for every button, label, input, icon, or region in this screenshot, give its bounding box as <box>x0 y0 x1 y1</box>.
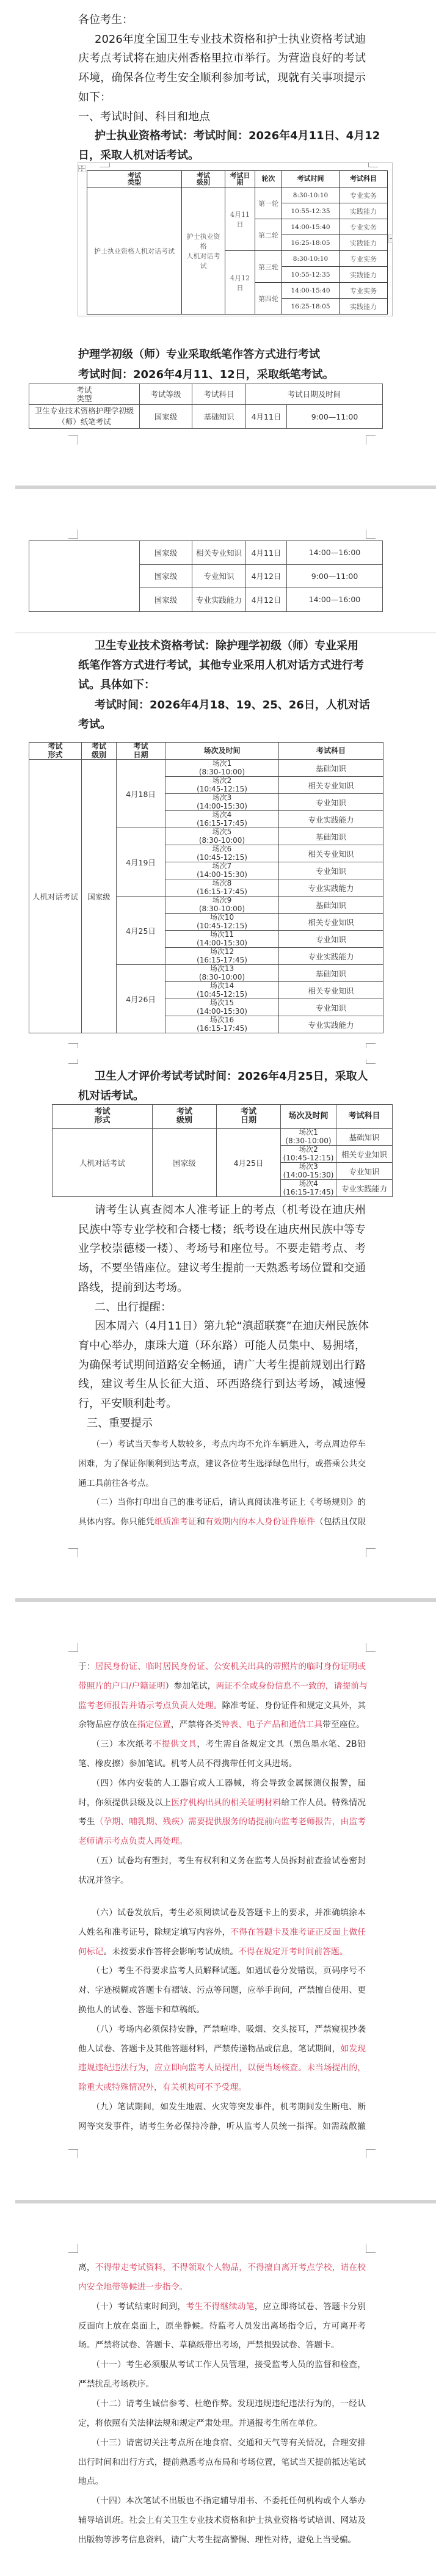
travel-line: 行，平安顺利赴考。 <box>78 1394 366 1414</box>
margin-corner-mark <box>366 2244 376 2253</box>
exam-subject-cell: 专业知识 <box>279 862 383 879</box>
exam-time-cell: 9:00—11:00 <box>287 564 383 588</box>
table-header-row: 考试 形式 考试 级别 考试 日期 场次及时间 考试科目 <box>53 1105 393 1129</box>
exam-subject-cell: 相关专业知识 <box>279 845 383 862</box>
tip-text: （十三）请密切关注考点所在地食宿、交通和天气等有关情况，合理安排 <box>92 2438 366 2448</box>
tip-line: 违规违纪违法行为，应立即向监考人员提出，以便当场核查。未当场提出的， <box>78 2059 366 2078</box>
venue-notice-line: 业学校崇德楼一楼）、考场号和座位号。不要走错考点、考 <box>78 1239 366 1259</box>
exam-time-cell: 9:00—11:00 <box>287 405 383 429</box>
tip-text: 严禁扰乱考场秩序。 <box>78 2379 154 2389</box>
tip-line: 通工具前往各考点。 <box>78 1474 366 1494</box>
tip-text: 他人试卷、答题卡及其他答题材料，严禁传递物品或信息，笔试期间， <box>78 2044 341 2054</box>
exam-time-cell: 10:55-12:35 <box>282 203 340 219</box>
tip-line: 对、字迹模糊或答题卡有褶皱、污点等问题，应举手询问，严禁擅自使用、更 <box>78 1981 366 2001</box>
session-cell: 场次4 (16:15-17:45) <box>281 1180 336 1197</box>
session-cell: 场次3 (14:00-15:30) <box>281 1163 336 1180</box>
venue-notice-line: 请考生认真查阅本人准考证上的考点（机考设在迪庆州 <box>78 1201 366 1220</box>
exam-type-cell: 卫生专业技术资格护理学初级（师）纸笔考试 <box>29 405 140 429</box>
tip-highlight: 居民身份证、临时居民身份证、公安机关出具的带照片的临时身份证明或 <box>95 1662 366 1672</box>
exam-time-cell: 14:00-15:40 <box>282 283 340 299</box>
exam-date-cell: 4月12日 <box>246 564 287 588</box>
header-exam-type: 考试 类型 <box>87 171 182 187</box>
round-cell: 第二轮 <box>255 219 282 251</box>
tip-text: （四）体内安装的人工器官或人工器械，将会导致金属探测仪报警，届 <box>92 1778 366 1788</box>
table-row: 人机对话考试 国家级 4月25日 场次1 (8:30-10:00) 基础知识 <box>53 1129 393 1146</box>
tip-text: （八）考场内必须保持安静，严禁喧哗、吸烟、交头接耳，严禁窥视抄袭 <box>92 2025 366 2034</box>
tip-line: （十三）请密切关注考点所在地食宿、交通和天气等有关情况，合理安排 <box>78 2434 366 2453</box>
tip-text: 具体内容。你只能凭 <box>78 1517 154 1527</box>
section-divider <box>15 632 436 633</box>
tip-text: 场。严禁将试卷、答题卡、草稿纸带出考场，严禁损毁试卷、答题卡。 <box>78 2340 340 2350</box>
exam-time-cell: 16:25-18:05 <box>282 299 340 315</box>
header-exam-form: 考试 形式 <box>29 743 82 760</box>
session-cell: 场次16 (16:15-17:45) <box>165 1016 279 1033</box>
notice-section: 请考生认真查阅本人准考证上的考点（机考设在迪庆州 民族中等专业学校和合楼七楼；纸… <box>78 1201 366 1433</box>
intro-line: 庆考点考试将在迪庆州香格里拉市举行。为营造良好的考试 <box>78 49 366 68</box>
exam-date-cell: 4月19日 <box>117 828 165 897</box>
table-header-row: 考试 类型 考试等级 考试科目 考试日期及时间 <box>29 384 383 405</box>
tip-line: 除重大或特殊情况外，有关机构可不予受理。 <box>78 2078 366 2098</box>
tip-highlight: 内安全地带等候进一步指令。 <box>78 2282 187 2292</box>
tip-highlight: 考生不得继续动笔 <box>186 2302 254 2312</box>
tip-text: 除准考证、身份证件和规定文具外，其 <box>222 1701 366 1711</box>
heading-line: 考试时间：2026年4月18、19、25、26日，人机对话 <box>78 696 366 715</box>
exam-subject-cell: 专业知识 <box>336 1163 393 1180</box>
round-cell: 第三轮 <box>255 251 282 283</box>
tip-text: 困难，为了保证你顺利到达考点，建议各位考生选择绿色出行，或搭乘公共交 <box>78 1459 366 1469</box>
tip-text: 。未按要求作答将会影响考试成绩。 <box>103 1947 238 1957</box>
exam-form-cell: 人机对话考试 <box>29 760 82 1033</box>
tip-highlight: 不提供文具 <box>153 1739 197 1749</box>
tip-text: 辅导培训班。社会上有关卫生专业技术资格和护士执业资格考试培训、网站及 <box>78 2516 366 2525</box>
tech-qualification-table: 考试 形式 考试 级别 考试 日期 场次及时间 考试科目 人机对话考试 国家级 … <box>29 742 383 1033</box>
tip-highlight: 带照片的户口/户籍证明 <box>78 1681 165 1691</box>
tip-text: ，考生需自备规定文具（黑色墨水笔、2B铅 <box>197 1739 366 1749</box>
exam-date-cell: 4月11日 <box>246 541 287 565</box>
margin-corner-mark <box>366 529 376 539</box>
session-cell: 场次2 (10:45-12:15) <box>281 1146 336 1163</box>
venue-notice-line: 民族中等专业学校和合楼七楼；纸考设在迪庆州民族中等专 <box>78 1220 366 1240</box>
exam-level-cell: 国家级 <box>140 564 192 588</box>
venue-notice-line: 场，不要坐错座位。建议考生提前一天熟悉考场位置和交通 <box>78 1259 366 1278</box>
exam-level-cell: 国家级 <box>153 1129 217 1197</box>
tip-text: （五）试卷均有塑封，考生有权利和义务在监考人员拆封前查验试卷密封 <box>92 1856 366 1866</box>
tip-line: （二）当你打印出自己的准考证后，请认真阅读准考证上《考场规则》的 <box>78 1493 366 1513</box>
round-cell: 第一轮 <box>255 187 282 219</box>
important-tips-block: 于：居民身份证、临时居民身份证、公安机关出具的带照片的临时身份证明或 带照片的户… <box>78 1657 366 1891</box>
exam-subject-cell: 专业实务 <box>340 283 388 299</box>
table-row: 国家级 相关专业知识 4月11日 14:00—16:00 <box>29 541 383 565</box>
tip-line: （七）考生不得要求监考人员解释试题。如遇试卷分发错误，页码序号不 <box>78 1962 366 1981</box>
exam-date-cell: 4月12日 <box>246 588 287 612</box>
page-break-gap <box>15 2200 436 2203</box>
section-title-important: 三、重要提示 <box>78 1414 366 1433</box>
tip-line: （十二）请考生诚信参考、杜绝作弊。发现违规违纪违法行为的，一经认 <box>78 2395 366 2414</box>
session-cell: 场次5 (8:30-10:00) <box>165 828 279 845</box>
margin-corner-mark <box>68 1643 78 1652</box>
exam-subject-cell: 专业实践能力 <box>279 811 383 828</box>
nurse-exam-heading: 护士执业资格考试：考试时间：2026年4月11日、4月12 <box>78 126 366 146</box>
nursing-paper-table-continued: 国家级 相关专业知识 4月11日 14:00—16:00 国家级 专业知识 4月… <box>29 540 383 612</box>
tip-text: （三）本次纸考 <box>92 1739 153 1749</box>
margin-corner-mark <box>100 162 110 167</box>
tip-text: （十四）本次笔试不出版也不指定辅导用书、不委托任何机构或个人举办 <box>92 2496 366 2506</box>
tip-highlight: 不得带走考试资料，不得领取个人物品，不得擅自离开考点学校，请在校 <box>95 2263 366 2272</box>
tip-text: 定，将依照有关法律法规和规定严肃处理。并通报考生所在单位。 <box>78 2418 322 2428</box>
exam-time-cell: 8:30-10:10 <box>282 251 340 267</box>
tip-text: 地点。 <box>78 2476 103 2486</box>
header-exam-date: 考试 日期 <box>217 1105 281 1129</box>
margin-corner-mark <box>68 1548 78 1557</box>
heading-line: 考试。 <box>78 715 366 735</box>
tip-text: 笔、橡皮擦）参加笔试。机考人员不得携带任何文具进场。 <box>78 1759 297 1769</box>
tip-highlight: 钟表、电子产品和通信工具 <box>222 1720 323 1730</box>
exam-subject-cell: 基础知识 <box>279 760 383 777</box>
exam-subject-cell: 专业实践能力 <box>279 1016 383 1033</box>
travel-line: 为确保考试期间道路安全畅通，请广大考生提前规划出行路 <box>78 1356 366 1375</box>
margin-corner-mark <box>68 435 78 445</box>
tip-text: 余物品应存放在 <box>78 1720 137 1730</box>
tip-text: （十一）考生必须服从考试工作人员管理，接受监考人员的监督和检查， <box>92 2360 366 2370</box>
header-exam-subject: 考试科目 <box>336 1105 393 1129</box>
tip-highlight: 不得在规定开考时间前答题。 <box>238 1947 347 1957</box>
header-exam-type: 考试 类型 <box>29 384 140 405</box>
tip-line: 地点。 <box>78 2472 366 2492</box>
tip-line: （九）笔试期间，如发生地震、火灾等突发事件，机考期间发生断电、断 <box>78 2098 366 2117</box>
heading-line: 卫生专业技术资格考试：除护理学初级（师）专业采用 <box>78 636 366 656</box>
tip-line: 网等突发事件，请考生务必保持冷静，听从监考人员统一指挥。如需疏散撤 <box>78 2117 366 2137</box>
exam-subject-cell: 专业知识 <box>279 794 383 811</box>
tip-line: 笔、橡皮擦）参加笔试。机考人员不得携带任何文具进场。 <box>78 1755 366 1774</box>
tip-line: 具体内容。你只能凭纸质准考证和有效期内的本人身份证件原件（包括且仅限 <box>78 1513 366 1532</box>
header-exam-level: 考试等级 <box>140 384 192 405</box>
tip-line: 人姓名和准考证号，除规定填写内容外，不得在答题卡及准考证正反面上做任 <box>78 1923 366 1943</box>
tip-text: 状况并签字。 <box>78 1876 129 1885</box>
exam-subject-cell: 实践能力 <box>340 235 388 251</box>
tip-line: （一）考试当天参考人数较多，考点内均不允许车辆进入，考点周边停车 <box>78 1435 366 1455</box>
tip-text: 离， <box>78 2263 95 2272</box>
exam-level-cell: 国家级 <box>82 760 117 1033</box>
important-tips-block: （一）考试当天参考人数较多，考点内均不允许车辆进入，考点周边停车 困难，为了保证… <box>78 1435 366 1532</box>
tip-text: （六）试卷发放后，考生必须阅读试卷及答题卡上的要求，并准确填涂本 <box>92 1908 366 1918</box>
tip-line: 场。严禁将试卷、答题卡、草稿纸带出考场，严禁损毁试卷、答题卡。 <box>78 2336 366 2356</box>
tip-text: 和 <box>197 1517 205 1527</box>
tip-line: 于：居民身份证、临时居民身份证、公安机关出具的带照片的临时身份证明或 <box>78 1657 366 1677</box>
tip-text: 人姓名和准考证号，除规定填写内容外， <box>78 1927 230 1937</box>
intro-section: 各位考生： 2026年度全国卫生专业技术资格和护士执业资格考试迪 庆考点考试将在… <box>78 10 366 166</box>
session-cell: 场次3 (14:00-15:30) <box>165 794 279 811</box>
margin-corner-mark <box>366 1043 376 1048</box>
heading-line: 考试时间：2026年4月11、12日，采取纸笔考试。 <box>78 365 366 385</box>
tip-line: 换他人的试卷、答题卡和草稿纸。 <box>78 2001 366 2020</box>
exam-subject-cell: 专业知识 <box>279 999 383 1016</box>
tip-highlight: 监考老师报告并请示考点负责人处理。 <box>78 1701 222 1711</box>
header-session-time: 场次及时间 <box>281 1105 336 1129</box>
tip-text: （十二）请考生诚信参考、杜绝作弊。发现违规违纪违法行为的，一经认 <box>92 2399 366 2409</box>
exam-subject-cell: 专业知识 <box>279 931 383 948</box>
table-row: 护士执业资格人机对话考试 护士执业资格 人机对话考试 4月11日 第一轮 8:3… <box>87 187 388 203</box>
exam-time-cell: 14:00—16:00 <box>287 588 383 612</box>
tip-line: 他人试卷、答题卡及其他答题材料，严禁传递物品或信息，笔试期间，如发现 <box>78 2040 366 2059</box>
exam-subject-cell: 专业实践能力 <box>279 948 383 965</box>
tip-highlight: 违规违纪违法行为，应立即向监考人员提出，以便当场核查。未当场提出的， <box>78 2063 366 2073</box>
table-row-insert-handle[interactable] <box>388 234 393 243</box>
tip-highlight: 何标记 <box>78 1947 103 1957</box>
table-header-row: 考试 形式 考试 级别 考试 日期 场次及时间 考试科目 <box>29 743 383 760</box>
margin-corner-mark <box>366 2149 376 2158</box>
table-move-handle-icon[interactable] <box>78 163 85 170</box>
heading-line: 卫生人才评价考试考试时间：2026年4月25日，采取人 <box>78 1067 366 1086</box>
exam-subject-cell: 相关专业知识 <box>192 541 246 565</box>
tip-line: （十）考试结束时间到，考生不得继续动笔，应立即将试卷、答题卡分别 <box>78 2298 366 2317</box>
tip-line: 监考老师报告并请示考点负责人处理。除准考证、身份证件和规定文具外，其 <box>78 1697 366 1716</box>
tip-line: （六）试卷发放后，考生必须阅读试卷及答题卡上的要求，并准确填涂本 <box>78 1904 366 1923</box>
tip-line: 何标记。未按要求作答将会影响考试成绩。不得在规定开考时间前答题。 <box>78 1943 366 1962</box>
tip-text: （一）考试当天参考人数较多，考点内均不允许车辆进入，考点周边停车 <box>92 1439 366 1449</box>
tip-line: 定，将依照有关法律法规和规定严肃处理。并通报考生所在单位。 <box>78 2414 366 2434</box>
tip-text: 给工作人员。特殊情况 <box>282 1798 366 1808</box>
exam-subject-cell: 相关专业知识 <box>279 777 383 794</box>
session-cell: 场次10 (10:45-12:15) <box>165 914 279 931</box>
exam-date-cell: 4月12日 <box>225 251 255 315</box>
exam-date-cell: 4月18日 <box>117 760 165 828</box>
greeting: 各位考生： <box>78 10 366 30</box>
tech-qualification-heading: 卫生专业技术资格考试：除护理学初级（师）专业采用 纸笔作答方式进行考试，其他专业… <box>78 636 366 735</box>
table-row: 人机对话考试 国家级 4月18日 场次1 (8:30-10:00) 基础知识 <box>29 760 383 777</box>
heading-line: 机对话考试。 <box>78 1086 366 1106</box>
header-exam-form: 考试 形式 <box>53 1105 153 1129</box>
tip-line: 困难，为了保证你顺利到达考点，建议各位考生选择绿色出行，或搭乘公共交 <box>78 1455 366 1474</box>
margin-corner-mark <box>68 529 78 539</box>
talent-evaluation-heading: 卫生人才评价考试考试时间：2026年4月25日，采取人 机对话考试。 <box>78 1067 366 1106</box>
nursing-paper-heading: 护理学初级（师）专业采取纸笔作答方式进行考试 考试时间：2026年4月11、12… <box>78 344 366 385</box>
merged-exam-type-cell <box>29 541 140 612</box>
tip-line: 状况并签字。 <box>78 1871 366 1891</box>
tip-text: ）参加笔试， <box>165 1681 216 1691</box>
exam-subject-cell: 专业实践能力 <box>192 588 246 612</box>
session-cell: 场次1 (8:30-10:00) <box>165 760 279 777</box>
session-cell: 场次9 (8:30-10:00) <box>165 897 279 914</box>
nursing-paper-table: 考试 类型 考试等级 考试科目 考试日期及时间 卫生专业技术资格护理学初级（师）… <box>29 384 383 429</box>
tip-text: 带至座位。 <box>322 1720 365 1730</box>
tip-line: （十四）本次笔试不出版也不指定辅导用书、不委托任何机构或个人举办 <box>78 2492 366 2511</box>
session-cell: 场次2 (10:45-12:15) <box>165 777 279 794</box>
tip-text: 对、字迹模糊或答题卡有褶皱、污点等问题，应举手询问，严禁擅自使用、更 <box>78 1985 366 1995</box>
tip-line: 出版物等涉考信息资料，请广大考生提高警惕、理性对待，避免上当受骗。 <box>78 2531 366 2550</box>
header-exam-date: 考试日期 <box>225 171 255 187</box>
travel-line: 因本周六（4月11日）第九轮“滇超联赛”在迪庆州民族体 <box>78 1317 366 1336</box>
exam-subject-cell: 基础知识 <box>279 897 383 914</box>
tip-text: 换他人的试卷、答题卡和草稿纸。 <box>78 2005 205 2015</box>
exam-date-cell: 4月25日 <box>217 1129 281 1197</box>
exam-subject-cell: 专业实践能力 <box>279 879 383 897</box>
exam-subject-cell: 相关专业知识 <box>279 914 383 931</box>
important-tips-block: （六）试卷发放后，考生必须阅读试卷及答题卡上的要求，并准确填涂本 人姓名和准考证… <box>78 1904 366 2137</box>
tip-line: 老师请示考点负责人再处理。 <box>78 1832 366 1852</box>
important-tips-block: 离，不得带走考试资料，不得领取个人物品，不得擅自离开考点学校，请在校 内安全地带… <box>78 2258 366 2550</box>
tip-line: 反面向上放在桌面上，原坐静候。待监考人员发出离场指令后，方可离开考 <box>78 2317 366 2337</box>
session-cell: 场次7 (14:00-15:30) <box>165 862 279 879</box>
tip-line: 出行时间和出行方式，提前熟悉考点布局和考场位置，笔试当天提前抵达笔试 <box>78 2453 366 2473</box>
heading-line: 试。具体如下： <box>78 675 366 695</box>
tip-text: 网等突发事件，请考生务必保持冷静，听从监考人员统一指挥。如需疏散撤 <box>78 2122 366 2131</box>
header-date-time: 考试日期及时间 <box>246 384 383 405</box>
exam-level-cell: 国家级 <box>140 541 192 565</box>
tip-line: 离，不得带走考试资料，不得领取个人物品，不得擅自离开考点学校，请在校 <box>78 2258 366 2278</box>
exam-time-cell: 14:00-15:40 <box>282 219 340 235</box>
tip-highlight: 老师请示考点负责人再处理。 <box>78 1836 187 1846</box>
session-cell: 场次11 (14:00-15:30) <box>165 931 279 948</box>
exam-subject-cell: 基础知识 <box>192 405 246 429</box>
tip-line: 带照片的户口/户籍证明）参加笔试，两证不全或身份信息不一致的，请提前与 <box>78 1677 366 1697</box>
header-exam-subject: 考试科目 <box>279 743 383 760</box>
header-exam-level: 考试 级别 <box>153 1105 217 1129</box>
page-break-gap <box>15 486 436 489</box>
table-header-row: 考试 类型 考试 级别 考试日期 轮次 考试时间 考试科目 <box>87 171 388 187</box>
section-title-travel: 二、出行提醒： <box>78 1298 366 1317</box>
tip-highlight: 除重大或特殊情况外，有关机构可不予受理。 <box>78 2083 247 2092</box>
tip-highlight: 指定位置 <box>137 1720 171 1730</box>
venue-notice-line: 路线，提前到达考场。 <box>78 1278 366 1298</box>
tip-text: （二）当你打印出自己的准考证后，请认真阅读准考证上《考场规则》的 <box>92 1497 366 1507</box>
tip-line: （五）试卷均有塑封，考生有权利和义务在监考人员拆封前查验试卷密封 <box>78 1852 366 1871</box>
tip-highlight: 纸质准考证 <box>154 1517 197 1527</box>
exam-date-cell: 4月11日 <box>225 187 255 251</box>
margin-corner-mark <box>68 1043 78 1048</box>
exam-subject-cell: 实践能力 <box>340 299 388 315</box>
tip-text: 出行时间和出行方式，提前熟悉考点布局和考场位置，笔试当天提前抵达笔试 <box>78 2458 366 2467</box>
document-page: 各位考生： 2026年度全国卫生专业技术资格和护士执业资格考试迪 庆考点考试将在… <box>0 0 436 2576</box>
table-row: 卫生专业技术资格护理学初级（师）纸笔考试 国家级 基础知识 4月11日 9:00… <box>29 405 383 429</box>
tip-text: （七）考生不得要求监考人员解释试题。如遇试卷分发错误，页码序号不 <box>92 1966 366 1976</box>
tip-highlight: 两证不全或身份信息不一致的，请提前与 <box>216 1681 367 1691</box>
session-cell: 场次14 (10:45-12:15) <box>165 982 279 999</box>
nurse-exam-table: 考试 类型 考试 级别 考试日期 轮次 考试时间 考试科目 护士执业资格人机对话… <box>87 170 388 315</box>
intro-line: 如下： <box>78 88 366 107</box>
tip-highlight: 有效期内的本人身份证件原件 <box>205 1517 315 1527</box>
margin-corner-mark <box>68 1059 78 1064</box>
session-cell: 场次13 (8:30-10:00) <box>165 965 279 982</box>
exam-date-cell: 4月26日 <box>117 965 165 1033</box>
exam-time-cell: 16:25-18:05 <box>282 235 340 251</box>
tip-text: ，应立即将试卷、答题卡分别 <box>255 2302 366 2312</box>
tip-line: （三）本次纸考不提供文具，考生需自备规定文具（黑色墨水笔、2B铅 <box>78 1735 366 1755</box>
header-exam-level: 考试 级别 <box>182 171 225 187</box>
header-exam-level: 考试 级别 <box>82 743 117 760</box>
tip-highlight: 不得在答题卡及准考证正反面上做任 <box>230 1927 366 1937</box>
tip-line: 辅导培训班。社会上有关卫生专业技术资格和护士执业资格考试培训、网站及 <box>78 2511 366 2531</box>
exam-subject-cell: 专业实务 <box>340 251 388 267</box>
tip-text: 考生 <box>78 1817 95 1827</box>
exam-subject-cell: 基础知识 <box>336 1129 393 1146</box>
exam-date-cell: 4月11日 <box>246 405 287 429</box>
tip-text: （包括且仅限 <box>315 1517 366 1527</box>
tip-text: 时，你须提供县级及以上 <box>78 1798 171 1808</box>
margin-corner-mark <box>366 435 376 445</box>
tip-line: （十一）考生必须服从考试工作人员管理，接受监考人员的监督和检查， <box>78 2356 366 2375</box>
exam-level-cell: 国家级 <box>140 588 192 612</box>
tip-text: 出版物等涉考信息资料，请广大考生提高警惕、理性对待，避免上当受骗。 <box>78 2535 356 2545</box>
header-round: 轮次 <box>255 171 282 187</box>
tip-text: （十）考试结束时间到， <box>92 2302 186 2312</box>
heading-line: 护理学初级（师）专业采取纸笔作答方式进行考试 <box>78 344 366 365</box>
header-exam-subject: 考试科目 <box>192 384 246 405</box>
margin-corner-mark <box>366 1643 376 1652</box>
exam-subject-cell: 专业实务 <box>340 187 388 203</box>
session-cell: 场次12 (16:15-17:45) <box>165 948 279 965</box>
exam-time-cell: 10:55-12:35 <box>282 267 340 283</box>
exam-subject-cell: 专业知识 <box>192 564 246 588</box>
margin-corner-mark <box>368 162 378 167</box>
exam-level-cell: 国家级 <box>140 405 192 429</box>
tip-highlight: 如发现 <box>341 2044 366 2054</box>
intro-line: 环境，确保各位考生安全顺利参加考试，现就有关事项提示 <box>78 68 366 88</box>
exam-subject-cell: 专业实践能力 <box>336 1180 393 1197</box>
tip-text: 于： <box>78 1662 95 1672</box>
exam-subject-cell: 相关专业知识 <box>279 982 383 999</box>
tip-text: 反面向上放在桌面上，原坐静候。待监考人员发出离场指令后，方可离开考 <box>78 2321 366 2331</box>
heading-line: 纸笔作答方式进行考试，其他专业采用人机对话方式进行考 <box>78 656 366 675</box>
section-title-schedule: 一、考试时间、科目和地点 <box>78 107 366 127</box>
exam-subject-cell: 专业实务 <box>340 219 388 235</box>
session-cell: 场次4 (16:15-17:45) <box>165 811 279 828</box>
exam-time-cell: 8:30-10:10 <box>282 187 340 203</box>
intro-line: 2026年度全国卫生专业技术资格和护士执业资格考试迪 <box>78 30 366 49</box>
exam-subject-cell: 实践能力 <box>340 203 388 219</box>
margin-corner-mark <box>68 2149 78 2158</box>
header-exam-subject: 考试科目 <box>340 171 388 187</box>
round-cell: 第四轮 <box>255 283 282 315</box>
exam-form-cell: 人机对话考试 <box>53 1129 153 1197</box>
exam-time-cell: 14:00—16:00 <box>287 541 383 565</box>
tip-line: 考生（孕期、哺乳期、残疾）需要提供服务的请提前向监考老师报告，由监考 <box>78 1813 366 1832</box>
tip-text: （九）笔试期间，如发生地震、火灾等突发事件，机考期间发生断电、断 <box>92 2102 366 2112</box>
exam-subject-cell: 基础知识 <box>279 828 383 845</box>
exam-subject-cell: 基础知识 <box>279 965 383 982</box>
tip-line: （四）体内安装的人工器官或人工器械，将会导致金属探测仪报警，届 <box>78 1774 366 1794</box>
exam-subject-cell: 实践能力 <box>340 267 388 283</box>
page-break-gap <box>15 1598 436 1602</box>
tip-line: 严禁扰乱考场秩序。 <box>78 2375 366 2395</box>
margin-corner-mark <box>68 2244 78 2253</box>
exam-level-cell: 护士执业资格 人机对话考试 <box>182 187 225 315</box>
tip-line: 内安全地带等候进一步指令。 <box>78 2278 366 2298</box>
tip-line: （八）考场内必须保持安静，严禁喧哗、吸烟、交头接耳，严禁窥视抄袭 <box>78 2020 366 2040</box>
talent-evaluation-table: 考试 形式 考试 级别 考试 日期 场次及时间 考试科目 人机对话考试 国家级 … <box>52 1104 393 1197</box>
travel-line: 线，建议考生从长征大道、环西路绕行到达考场，减速慢 <box>78 1375 366 1394</box>
tip-text: 通工具前往各考点。 <box>78 1479 154 1488</box>
session-cell: 场次1 (8:30-10:00) <box>281 1129 336 1146</box>
header-exam-date: 考试 日期 <box>117 743 165 760</box>
exam-subject-cell: 相关专业知识 <box>336 1146 393 1163</box>
margin-corner-mark <box>366 1059 376 1064</box>
tip-highlight: （孕期、哺乳期、残疾）需要提供服务的请提前向监考老师报告，由监考 <box>95 1817 366 1827</box>
tip-line: 时，你须提供县级及以上医疗机构出具的相关证明材料给工作人员。特殊情况 <box>78 1794 366 1813</box>
header-session-time: 场次及时间 <box>165 743 279 760</box>
header-exam-time: 考试时间 <box>282 171 340 187</box>
exam-type-cell: 护士执业资格人机对话考试 <box>87 187 182 315</box>
travel-line: 育中心举办，康珠大道（环东路）可能人员集中、易拥堵， <box>78 1336 366 1356</box>
tip-highlight: 医疗机构出具的相关证明材料 <box>171 1798 281 1808</box>
session-cell: 场次8 (16:15-17:45) <box>165 879 279 897</box>
session-cell: 场次15 (14:00-15:30) <box>165 999 279 1016</box>
margin-corner-mark <box>366 1548 376 1557</box>
session-cell: 场次6 (10:45-12:15) <box>165 845 279 862</box>
exam-date-cell: 4月25日 <box>117 897 165 965</box>
tip-text: ，严禁将各类 <box>171 1720 222 1730</box>
tip-line: 余物品应存放在指定位置，严禁将各类钟表、电子产品和通信工具带至座位。 <box>78 1716 366 1735</box>
